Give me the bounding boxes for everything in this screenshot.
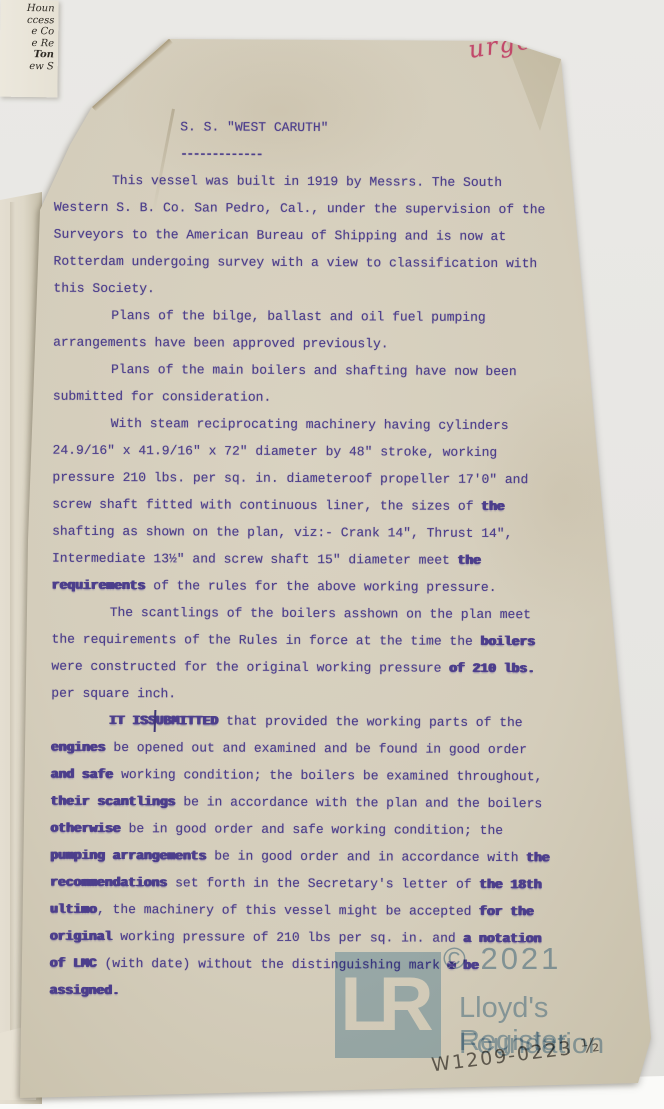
- watermark-org-line2: Foundation: [459, 1028, 604, 1061]
- text-segment: IT ISSUBMITTED: [109, 713, 218, 729]
- text-segment: , the machinery of this vessel might be …: [97, 902, 479, 919]
- text-segment: of the rules for the above working press…: [145, 578, 496, 595]
- text-segment: be opened out and examined and be found …: [106, 740, 527, 757]
- text-segment: boilers: [481, 634, 536, 649]
- text-segment: be in accordance with the plan and the b…: [176, 794, 543, 811]
- title-underline: -------------: [180, 140, 560, 169]
- text-segment: their scantlings: [51, 794, 176, 810]
- text-segment: were constructed for the original workin…: [51, 659, 449, 676]
- text-segment: of 210 lbs.: [449, 661, 535, 676]
- text-segment: Plans of the main boilers and shafting h…: [53, 362, 517, 405]
- text-segment: be in good order and in accordance with: [206, 848, 526, 865]
- document-page: urgent. S. S. "WEST CARUTH" ------------…: [0, 0, 664, 1109]
- text-segment: the: [481, 499, 504, 514]
- text-segment: engines: [51, 740, 106, 755]
- torn-corner-edge: [92, 39, 173, 112]
- paragraph-5: The scantlings of the boilers asshown on…: [51, 599, 558, 710]
- text-segment: working pressure of 210 lbs per sq. in. …: [112, 929, 463, 946]
- text-segment: The scantlings of the boilers asshown on…: [52, 605, 531, 649]
- text-segment: and safe: [51, 767, 113, 782]
- text-segment: pumping arrangements: [50, 848, 206, 864]
- text-segment: Plans of the bilge, ballast and oil fuel…: [53, 308, 486, 351]
- text-segment: per square inch.: [51, 686, 176, 702]
- text-segment: otherwise: [51, 821, 121, 836]
- text-segment: With steam reciprocating machinery havin…: [52, 416, 528, 514]
- paragraph-2: Plans of the bilge, ballast and oil fuel…: [53, 302, 559, 359]
- lloyds-register-logo: LR: [335, 952, 441, 1058]
- scanned-document-canvas: Houn ccess e Co e Re Ton ew S urgent. S.…: [0, 0, 664, 1109]
- lr-logo-letters: LR: [340, 967, 425, 1043]
- text-segment: that provided the working parts of the: [218, 714, 522, 731]
- text-segment: be in good order and safe working condit…: [121, 821, 503, 838]
- typewritten-text: S. S. "WEST CARUTH" ------------- This v…: [50, 113, 561, 1007]
- text-segment: working condition; the boilers be examin…: [113, 767, 542, 784]
- text-segment: set forth in the Secretary's letter of: [167, 875, 479, 892]
- watermark-copyright: © 2021: [443, 941, 561, 977]
- document-title: S. S. "WEST CARUTH": [180, 113, 560, 142]
- text-segment: shafting as shown on the plan, viz:- Cra…: [52, 524, 512, 568]
- paragraph-4: With steam reciprocating machinery havin…: [52, 410, 559, 602]
- paragraph-1: This vessel was built in 1919 by Messrs.…: [53, 167, 560, 305]
- paragraph-3: Plans of the main boilers and shafting h…: [53, 356, 559, 413]
- document-page-shadow: urgent. S. S. "WEST CARUTH" ------------…: [0, 0, 664, 1109]
- text-segment: This vessel was built in 1919 by Messrs.…: [53, 173, 545, 296]
